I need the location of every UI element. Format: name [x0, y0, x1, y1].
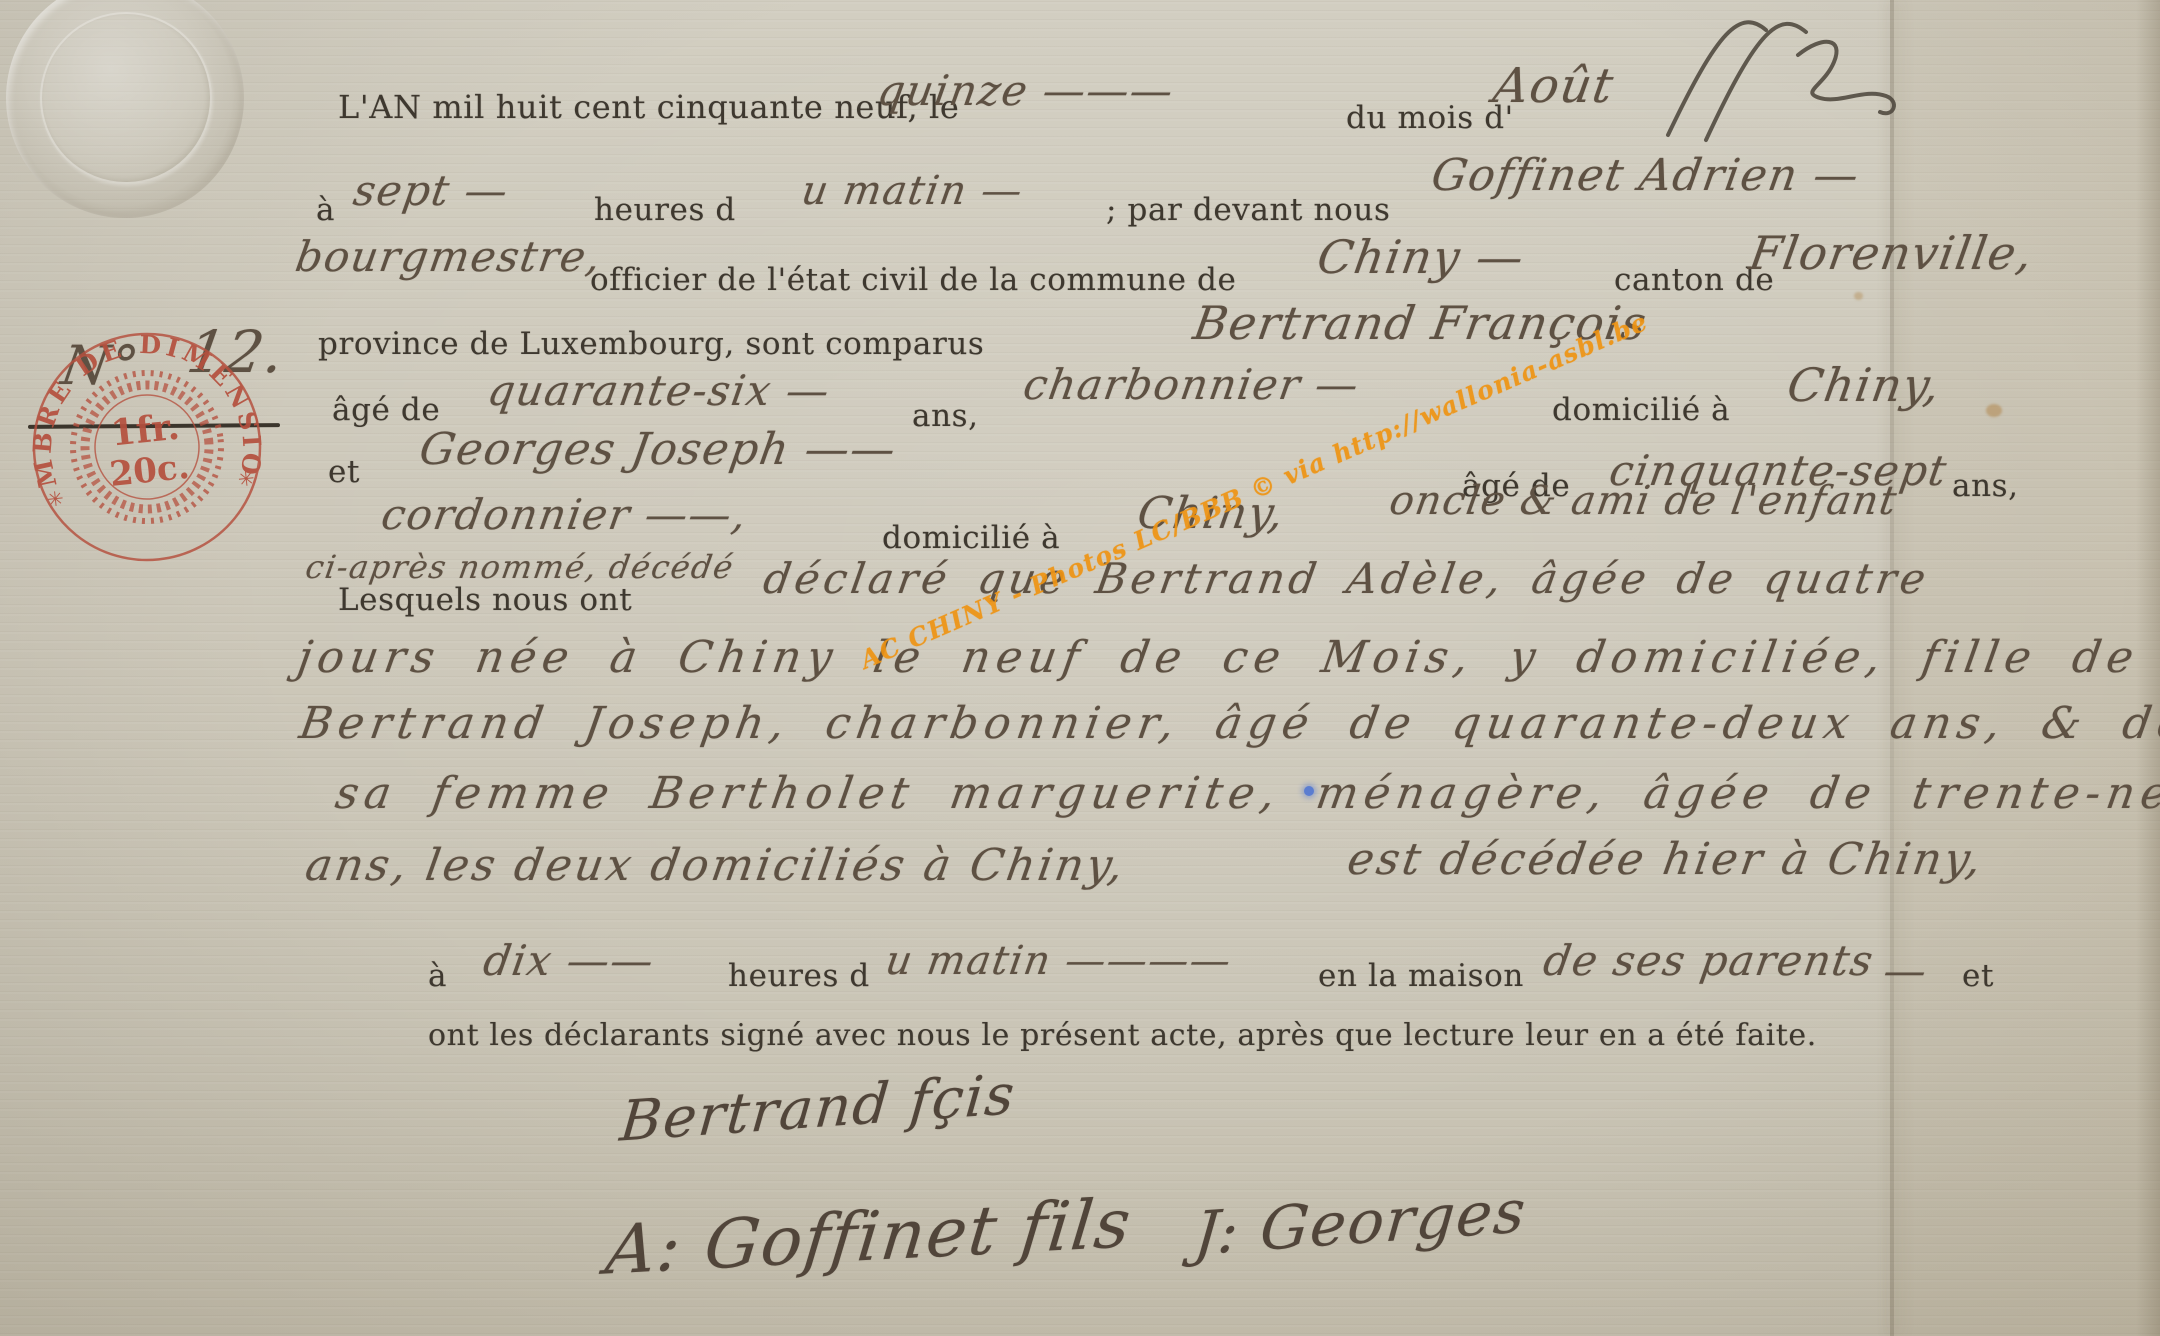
- printed-hours-1: heures d: [594, 192, 736, 228]
- timbre-de-dimension-stamp: TIMBRE DE DIMENSION ✳ ✳ 1fr. 20c.: [16, 316, 278, 578]
- hw-declaration-start: déclaré que Bertrand Adèle, âgée de quat…: [760, 554, 1933, 603]
- printed-ans-2: ans,: [1952, 468, 2019, 504]
- printed-at-1: à: [316, 192, 335, 228]
- printed-lesquels: Lesquels nous ont: [338, 582, 632, 618]
- printed-hours-2: heures d: [728, 958, 870, 994]
- hw-age-1: quarante-six —: [484, 366, 834, 415]
- death-record-page: N° 12. TIMBRE DE DIMENSION ✳ ✳ 1fr. 20c.…: [0, 0, 2160, 1336]
- paraph-flourish-icon: [1648, 0, 1948, 150]
- hw-body-line-3: Bertrand Joseph, charbonnier, âgé de qua…: [296, 698, 2160, 749]
- hw-meridiem-1: u matin —: [798, 168, 1026, 214]
- hw-interline-note: ci-après nommé, décédé: [303, 548, 737, 586]
- hw-profession-2: cordonnier ——,: [378, 490, 751, 539]
- printed-domicile-2: domicilié à: [882, 520, 1060, 556]
- hw-domicile-1: Chiny,: [1784, 358, 1945, 412]
- ink-speck-blue: [1304, 786, 1314, 796]
- stamp-value-francs: 1fr.: [109, 406, 182, 455]
- printed-et-final: et: [1962, 958, 1994, 994]
- printed-house: en la maison: [1318, 958, 1524, 994]
- printed-year-line: L'AN mil huit cent cinquante neuf, le: [338, 88, 959, 126]
- hw-officer-title: bourgmestre,: [292, 232, 605, 281]
- hw-canton: Florenville,: [1746, 226, 2038, 280]
- printed-et: et: [328, 454, 360, 490]
- hw-profession-1: charbonnier —: [1020, 360, 1363, 409]
- paper-fleck: [1854, 292, 1863, 300]
- printed-province: province de Luxembourg, sont comparus: [318, 326, 984, 362]
- hw-officer-name: Goffinet Adrien —: [1428, 150, 1863, 201]
- hw-meridiem-2: u matin ————: [882, 938, 1235, 984]
- hw-hour-1: sept —: [350, 166, 512, 215]
- hw-dash: —: [1880, 946, 1931, 995]
- printed-age-1: âgé de: [332, 392, 440, 428]
- stamp-value-centimes: 20c.: [108, 447, 192, 495]
- printed-closing-line: ont les déclarants signé avec nous le pr…: [428, 1018, 1817, 1053]
- hw-body-line-5b: est décédée hier à Chiny,: [1344, 834, 1988, 885]
- hw-day: quinze ———: [874, 66, 1178, 115]
- embossed-seal-inner-ring: [40, 12, 212, 184]
- paper-fleck: [1986, 404, 2002, 417]
- hw-month: Août: [1490, 58, 1619, 114]
- printed-domicile-1: domicilié à: [1552, 392, 1730, 428]
- hw-commune: Chiny —: [1314, 230, 1529, 284]
- printed-before-us: ; par devant nous: [1106, 192, 1390, 228]
- stamp-ornament-right: ✳: [237, 466, 256, 492]
- printed-month-intro: du mois d': [1346, 100, 1514, 136]
- signature-georges: J: Georges: [1191, 1177, 1529, 1270]
- hw-house: de ses parents: [1540, 936, 1878, 985]
- printed-ans-1: ans,: [912, 398, 979, 434]
- hw-relation: oncle & ami de l'enfant: [1386, 478, 1901, 524]
- signature-bertrand: Bertrand fçis: [617, 1062, 1018, 1154]
- hw-body-line-2: jours née à Chiny le neuf de ce Mois, y …: [294, 632, 2143, 683]
- printed-at-2: à: [428, 958, 447, 994]
- hw-declarant2-name: Georges Joseph ——: [416, 424, 900, 475]
- stamp-ornament-left: ✳: [46, 486, 65, 512]
- hw-body-line-5a: ans, les deux domiciliés à Chiny,: [302, 840, 1130, 891]
- hw-body-line-4: sa femme Bertholet marguerite, ménagère,…: [332, 768, 2160, 819]
- embossed-seal: [6, 0, 244, 218]
- signature-goffinet: A: Goffinet fils: [602, 1184, 1135, 1290]
- printed-civil-officer: officier de l'état civil de la commune d…: [590, 262, 1236, 298]
- page-edge-shadow: [2136, 0, 2160, 1336]
- hw-hour-2: dix ——: [480, 936, 658, 985]
